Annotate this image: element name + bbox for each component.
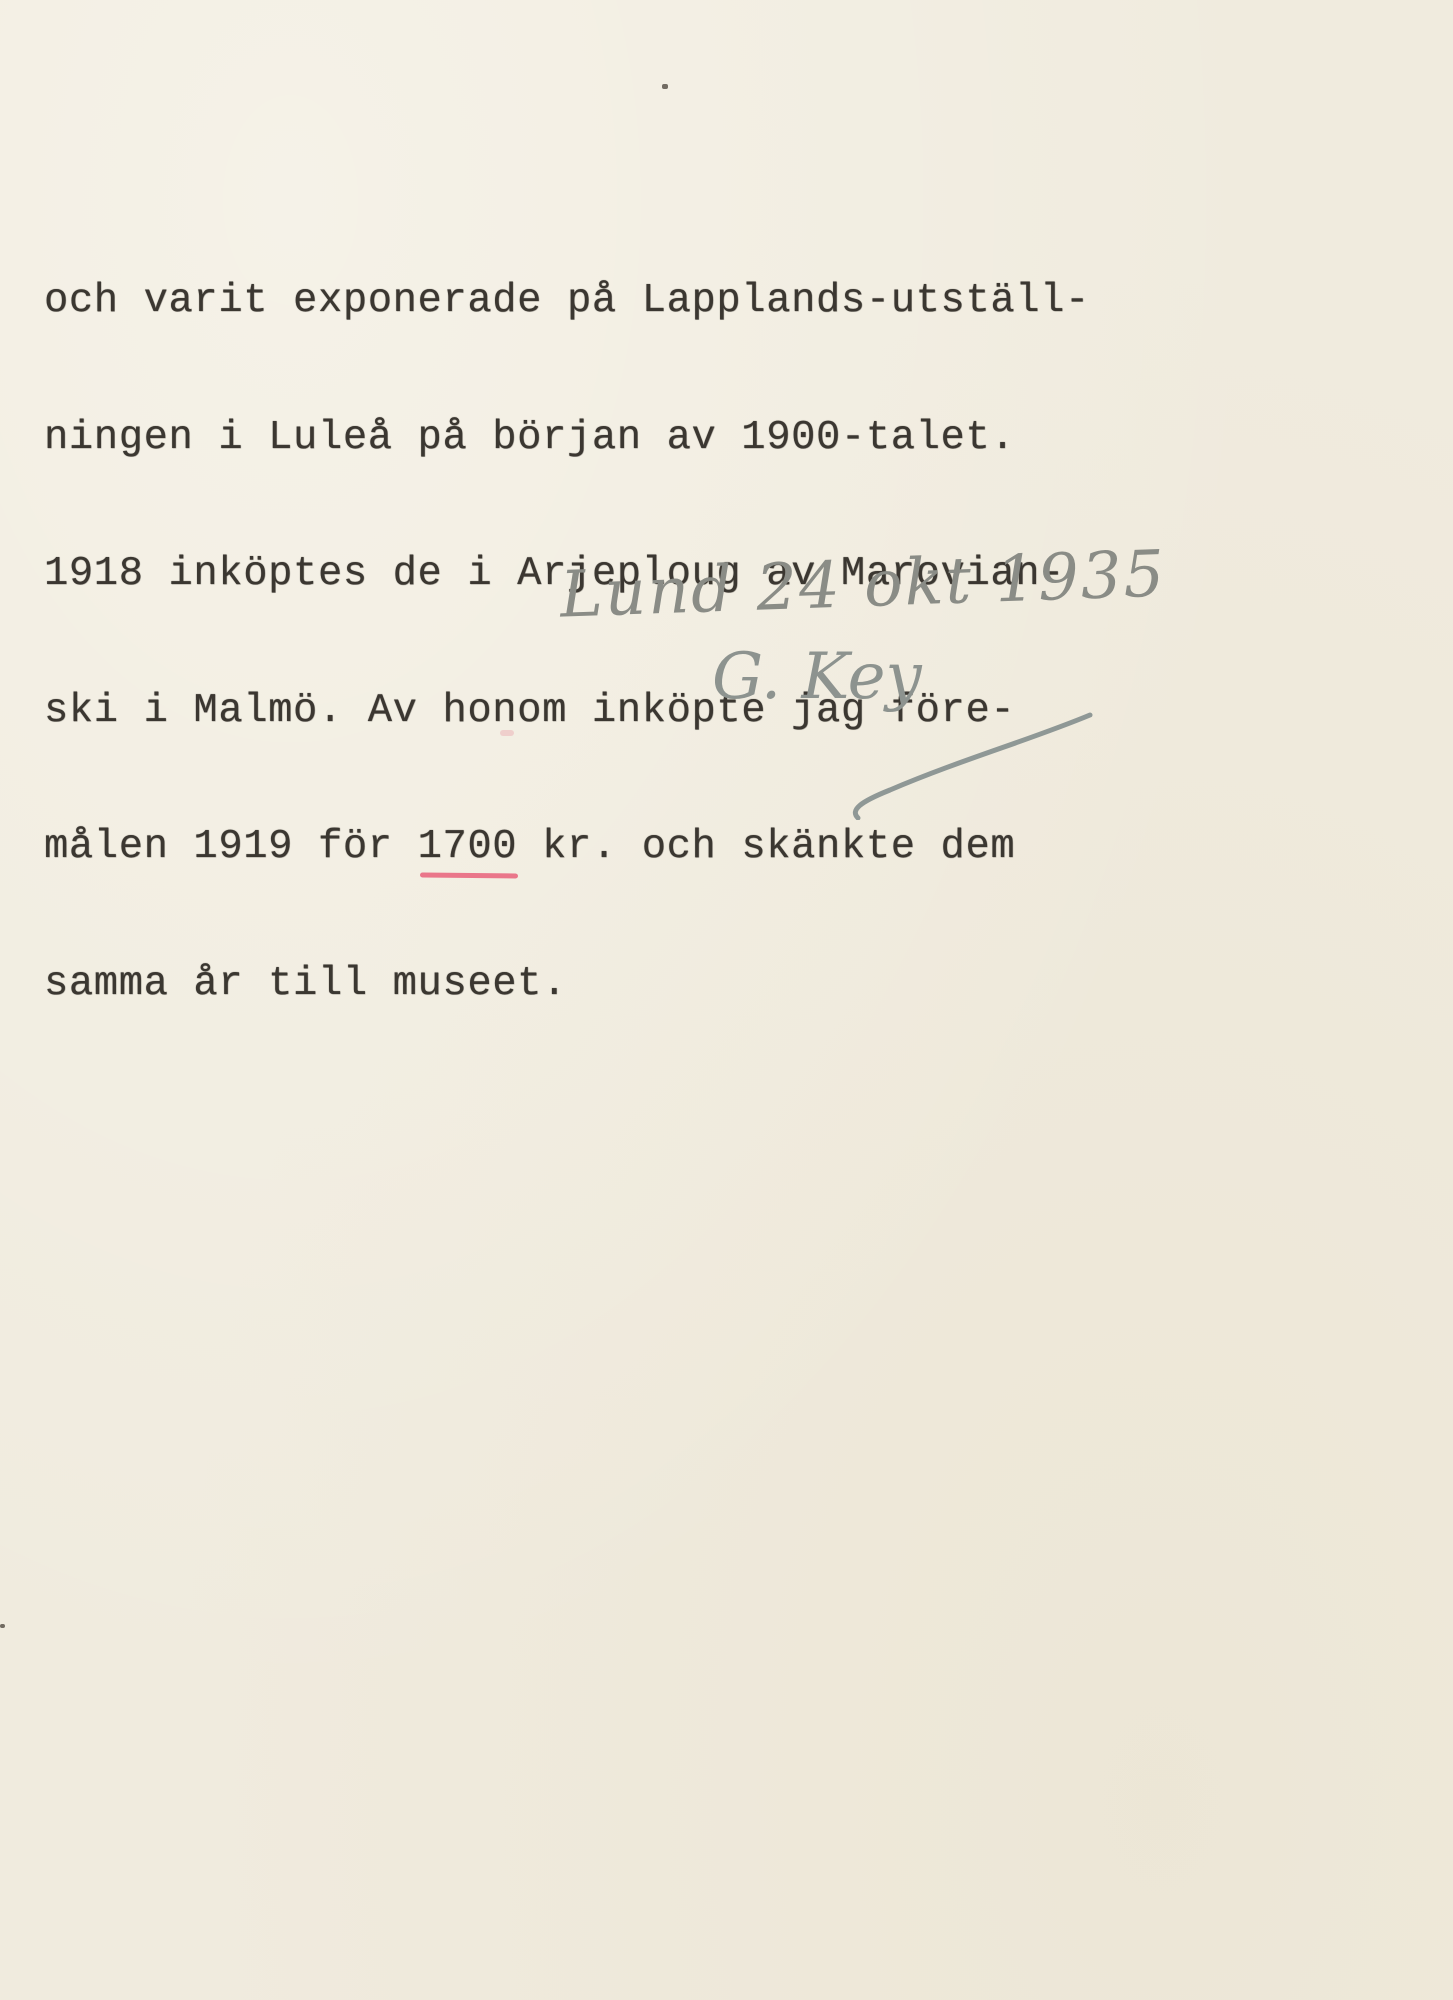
typed-line-6: samma år till museet. (44, 962, 1090, 1008)
typed-line-1: och varit exponerade på Lapplands-utstäl… (44, 279, 1090, 325)
signature-flourish-icon (700, 640, 1120, 820)
ink-speck (0, 1624, 5, 1628)
handwritten-signature: G. Key (700, 640, 1120, 820)
typed-line-5: målen 1919 för 1700 kr. och skänkte dem (44, 825, 1090, 871)
scanned-document-page: och varit exponerade på Lapplands-utstäl… (0, 0, 1453, 2000)
faint-pink-mark (500, 730, 514, 736)
typed-line-2: ningen i Luleå på början av 1900-talet. (44, 416, 1090, 462)
typed-line-5-prefix: målen 1919 för (44, 824, 418, 870)
ink-speck (662, 84, 668, 89)
typed-line-5-suffix: kr. och skänkte dem (517, 824, 1015, 870)
underlined-amount: 1700 (418, 825, 518, 871)
